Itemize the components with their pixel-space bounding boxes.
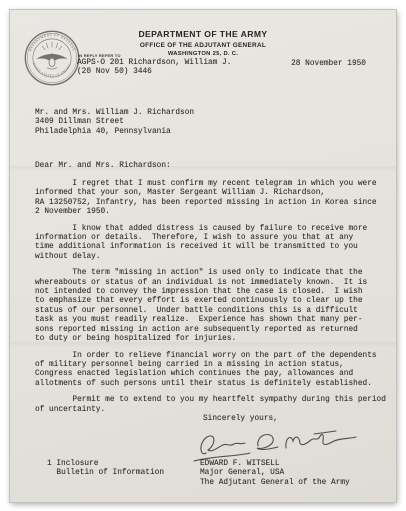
- enclosure-block: 1 Inclosure Bulletin of Information: [47, 460, 164, 479]
- recipient-address: Mr. and Mrs. William J. Richardson 3409 …: [35, 109, 194, 137]
- signer-block: EDWARD F. WITSELL Major General, USA The…: [200, 460, 350, 488]
- in-reply-refer-to-label: IN REPLY REFER TO: [78, 53, 121, 58]
- letter-date: 28 November 1950: [291, 60, 366, 69]
- signer-rank: Major General, USA: [200, 469, 350, 478]
- paragraph-1: I regret that I must confirm my recent t…: [35, 180, 390, 218]
- file-reference: AGPS-O 201 Richardson, William J. (20 No…: [77, 59, 231, 78]
- paragraph-5: Permit me to extend to you my heartfelt …: [35, 396, 390, 415]
- letterhead-office: OFFICE OF THE ADJUTANT GENERAL: [10, 42, 396, 49]
- valediction: Sincerely yours,: [203, 415, 278, 424]
- enclosure-count: 1 Inclosure: [47, 460, 164, 469]
- enclosure-item: Bulletin of Information: [47, 469, 164, 478]
- paragraph-2: I know that added distress is caused by …: [35, 225, 390, 263]
- scan-background: DEPARTMENT OF DEFENSE UNITED STATES OF A…: [0, 0, 406, 511]
- letterhead-department: DEPARTMENT OF THE ARMY: [10, 29, 396, 39]
- letter-page: DEPARTMENT OF DEFENSE UNITED STATES OF A…: [10, 10, 396, 502]
- letterhead: DEPARTMENT OF THE ARMY OFFICE OF THE ADJ…: [10, 29, 396, 57]
- salutation: Dear Mr. and Mrs. Richardson:: [35, 162, 171, 171]
- paragraph-4: In order to relieve financial worry on t…: [35, 352, 390, 390]
- letter-body: I regret that I must confirm my recent t…: [35, 180, 390, 422]
- letterhead-city: WASHINGTON 25, D. C.: [10, 51, 396, 57]
- signer-title: The Adjutant General of the Army: [200, 479, 350, 488]
- paragraph-3: The term "missing in action" is used onl…: [35, 269, 390, 344]
- signer-name: EDWARD F. WITSELL: [200, 460, 350, 469]
